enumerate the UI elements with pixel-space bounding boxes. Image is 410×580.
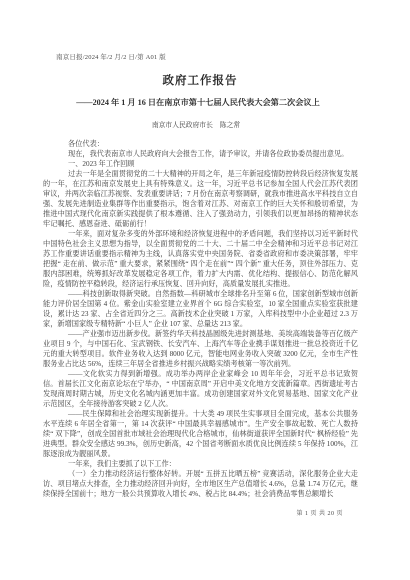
newspaper-masthead: 南京日报/2024 年/2 月/2 日/第 A01 版	[56, 52, 166, 61]
paragraph: 一年来，我们主要抓了以下工作：	[43, 459, 358, 469]
paragraph: 过去一年是全面贯彻党的二十大精神的开局之年，是三年新冠疫情防控转段后经济恢复发展…	[43, 169, 358, 229]
paragraph: ——科技创新取得新突破。自然指数—科研城市全球排名升至第 6 位，国家创新型城市…	[43, 289, 358, 329]
paragraph: ——产业强市迈出新步伐。新签约华天科技晶圆级先进封测基地、美埃高端装备等百亿级产…	[43, 329, 358, 369]
paragraph: 一年来，面对复杂多变的外部环境和经济恢复进程中的矛盾问题，我们坚持以习近平新时代…	[43, 229, 358, 289]
report-subtitle: ——2024 年 1 月 16 日在南京市第十七届人民代表大会第二次会议上	[0, 97, 396, 108]
report-body: 各位代表：现在，我代表南京市人民政府向大会报告工作，请予审议，并请各位政协委员提…	[43, 139, 358, 499]
paragraph: ——民生保障和社会治理实现新提升。十大类 49 项民生实事项目全面完成，基本公共…	[43, 409, 358, 459]
paragraph: ——文化软实力得到新增强。成功举办两岸企业家峰会 10 周年年会，习近平总书记致…	[43, 369, 358, 409]
document-page: 南京日报/2024 年/2 月/2 日/第 A01 版 政府工作报告 ——202…	[0, 0, 410, 580]
paragraph: 一、2023 年工作回顾	[43, 159, 358, 169]
speaker-line: 南京市人民政府市长 陈之常	[0, 119, 392, 129]
page-title: 政府工作报告	[0, 72, 400, 88]
paragraph: （一）全力推动经济运行整体好转。开展“ 五拼五比晒五榜” 竞赛活动，深化服务企业…	[43, 469, 358, 499]
page-number: 第 1 页 共 20 页	[296, 508, 343, 517]
paragraph: 各位代表：	[43, 139, 358, 149]
paragraph: 现在，我代表南京市人民政府向大会报告工作，请予审议，并请各位政协委员提出意见。	[43, 149, 358, 159]
